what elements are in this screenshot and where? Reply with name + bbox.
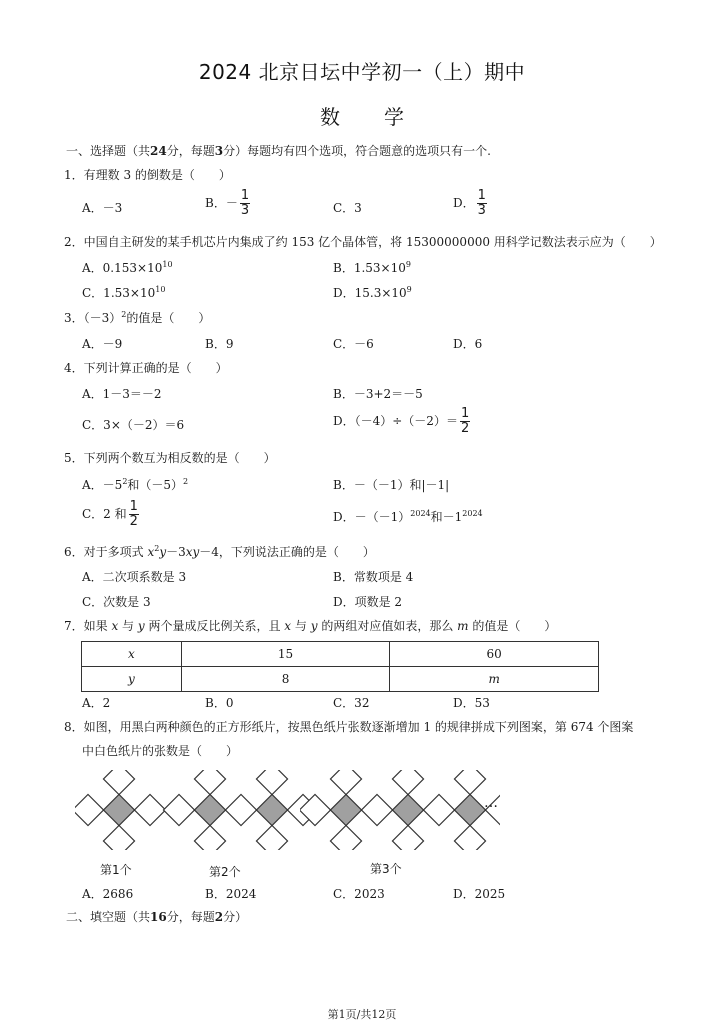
q3-option-b: B．9 [205,335,233,352]
q8-option-d: D．2025 [453,885,505,902]
question-1-stem: 1．有理数 3 的倒数是（ ） [64,166,231,183]
table-cell: 60 [390,642,599,667]
q3-option-d: D．6 [453,335,482,352]
question-3-stem: 3．（－3）2的值是（ ） [64,309,210,326]
question-7-stem: 7．如果 x 与 y 两个量成反比例关系，且 x 与 y 的两组对应值如表，那么… [64,617,556,634]
q1-option-a: A．－3 [82,199,122,216]
q6-option-b: B．常数项是 4 [333,568,413,585]
q6-option-d: D．项数是 2 [333,593,402,610]
q7-option-c: C．32 [333,694,369,711]
q7-option-a: A．2 [82,694,110,711]
subject-char-1: 数 [320,105,340,129]
q4-option-a: A．1－3＝－2 [82,385,162,402]
q6-option-c: C．次数是 3 [82,593,151,610]
table-cell: 15 [181,642,390,667]
q2-option-c: C．1.53×1010 [82,284,165,301]
subject-char-2: 学 [384,105,404,129]
subject-heading: 数学 [0,101,724,130]
q6-option-a: A．二次项系数是 3 [82,568,186,585]
q1-option-b: B．－13 [205,189,250,218]
figure-label-3: 第3个 [370,860,402,877]
q1-option-c: C．3 [333,199,362,216]
table-row: y 8 m [82,667,599,692]
q7-option-d: D．53 [453,694,490,711]
q8-option-b: B．2024 [205,885,256,902]
q2-option-b: B．1.53×109 [333,259,411,276]
q4-option-d: D．（－4）÷（－2）＝12 [333,407,470,436]
table-cell: 8 [181,667,390,692]
question-2-stem: 2．中国自主研发的某手机芯片内集成了约 153 亿个晶体管，将 15300000… [64,233,662,250]
question-6-stem: 6．对于多项式 x2y－3xy－4，下列说法正确的是（ ） [64,543,375,560]
figure-label-2: 第2个 [209,863,241,880]
section-1-heading: 一、选择题（共24分，每题3分）每题均有四个选项，符合题意的选项只有一个. [66,142,491,159]
q3-option-c: C．－6 [333,335,374,352]
exam-title: 2024 北京日坛中学初一（上）期中 [0,56,724,85]
q8-option-a: A．2686 [82,885,133,902]
q8-option-c: C．2023 [333,885,385,902]
question-4-stem: 4．下列计算正确的是（ ） [64,359,228,376]
table-cell: m [390,667,599,692]
q2-option-d: D．15.3×109 [333,284,412,301]
table-cell: y [82,667,182,692]
ellipsis-more: … [484,795,498,811]
q4-option-b: B．－3+2＝－5 [333,385,423,402]
q3-option-a: A．－9 [82,335,122,352]
pattern-3-figure [300,770,500,850]
table-cell: x [82,642,182,667]
q7-value-table: x 15 60 y 8 m [81,641,599,692]
q7-option-b: B．0 [205,694,233,711]
question-8-stem-line-1: 8．如图，用黑白两种颜色的正方形纸片，按黑色纸片张数逐渐增加 1 的规律拼成下列… [64,718,633,735]
q5-option-d: D．－（－1）2024和－12024 [333,508,483,525]
page-number: 第1页/共12页 [0,1006,724,1022]
section-2-heading: 二、填空题（共16分，每题2分） [66,908,247,925]
q5-option-a: A．－52和（－5）2 [82,476,188,493]
q5-option-b: B．－（－1）和|－1| [333,476,449,493]
q4-option-c: C．3×（－2）＝6 [82,416,184,433]
pattern-2 [163,770,318,850]
figure-label-1: 第1个 [100,861,132,878]
q1-option-d: D．13 [453,189,487,218]
q5-option-c: C．2 和12 [82,500,139,529]
question-8-stem-line-2: 中白色纸片的张数是（ ） [82,742,238,759]
question-5-stem: 5．下列两个数互为相反数的是（ ） [64,449,276,466]
pattern-1 [75,770,166,850]
q2-option-a: A．0.153×1010 [82,259,173,276]
table-row: x 15 60 [82,642,599,667]
